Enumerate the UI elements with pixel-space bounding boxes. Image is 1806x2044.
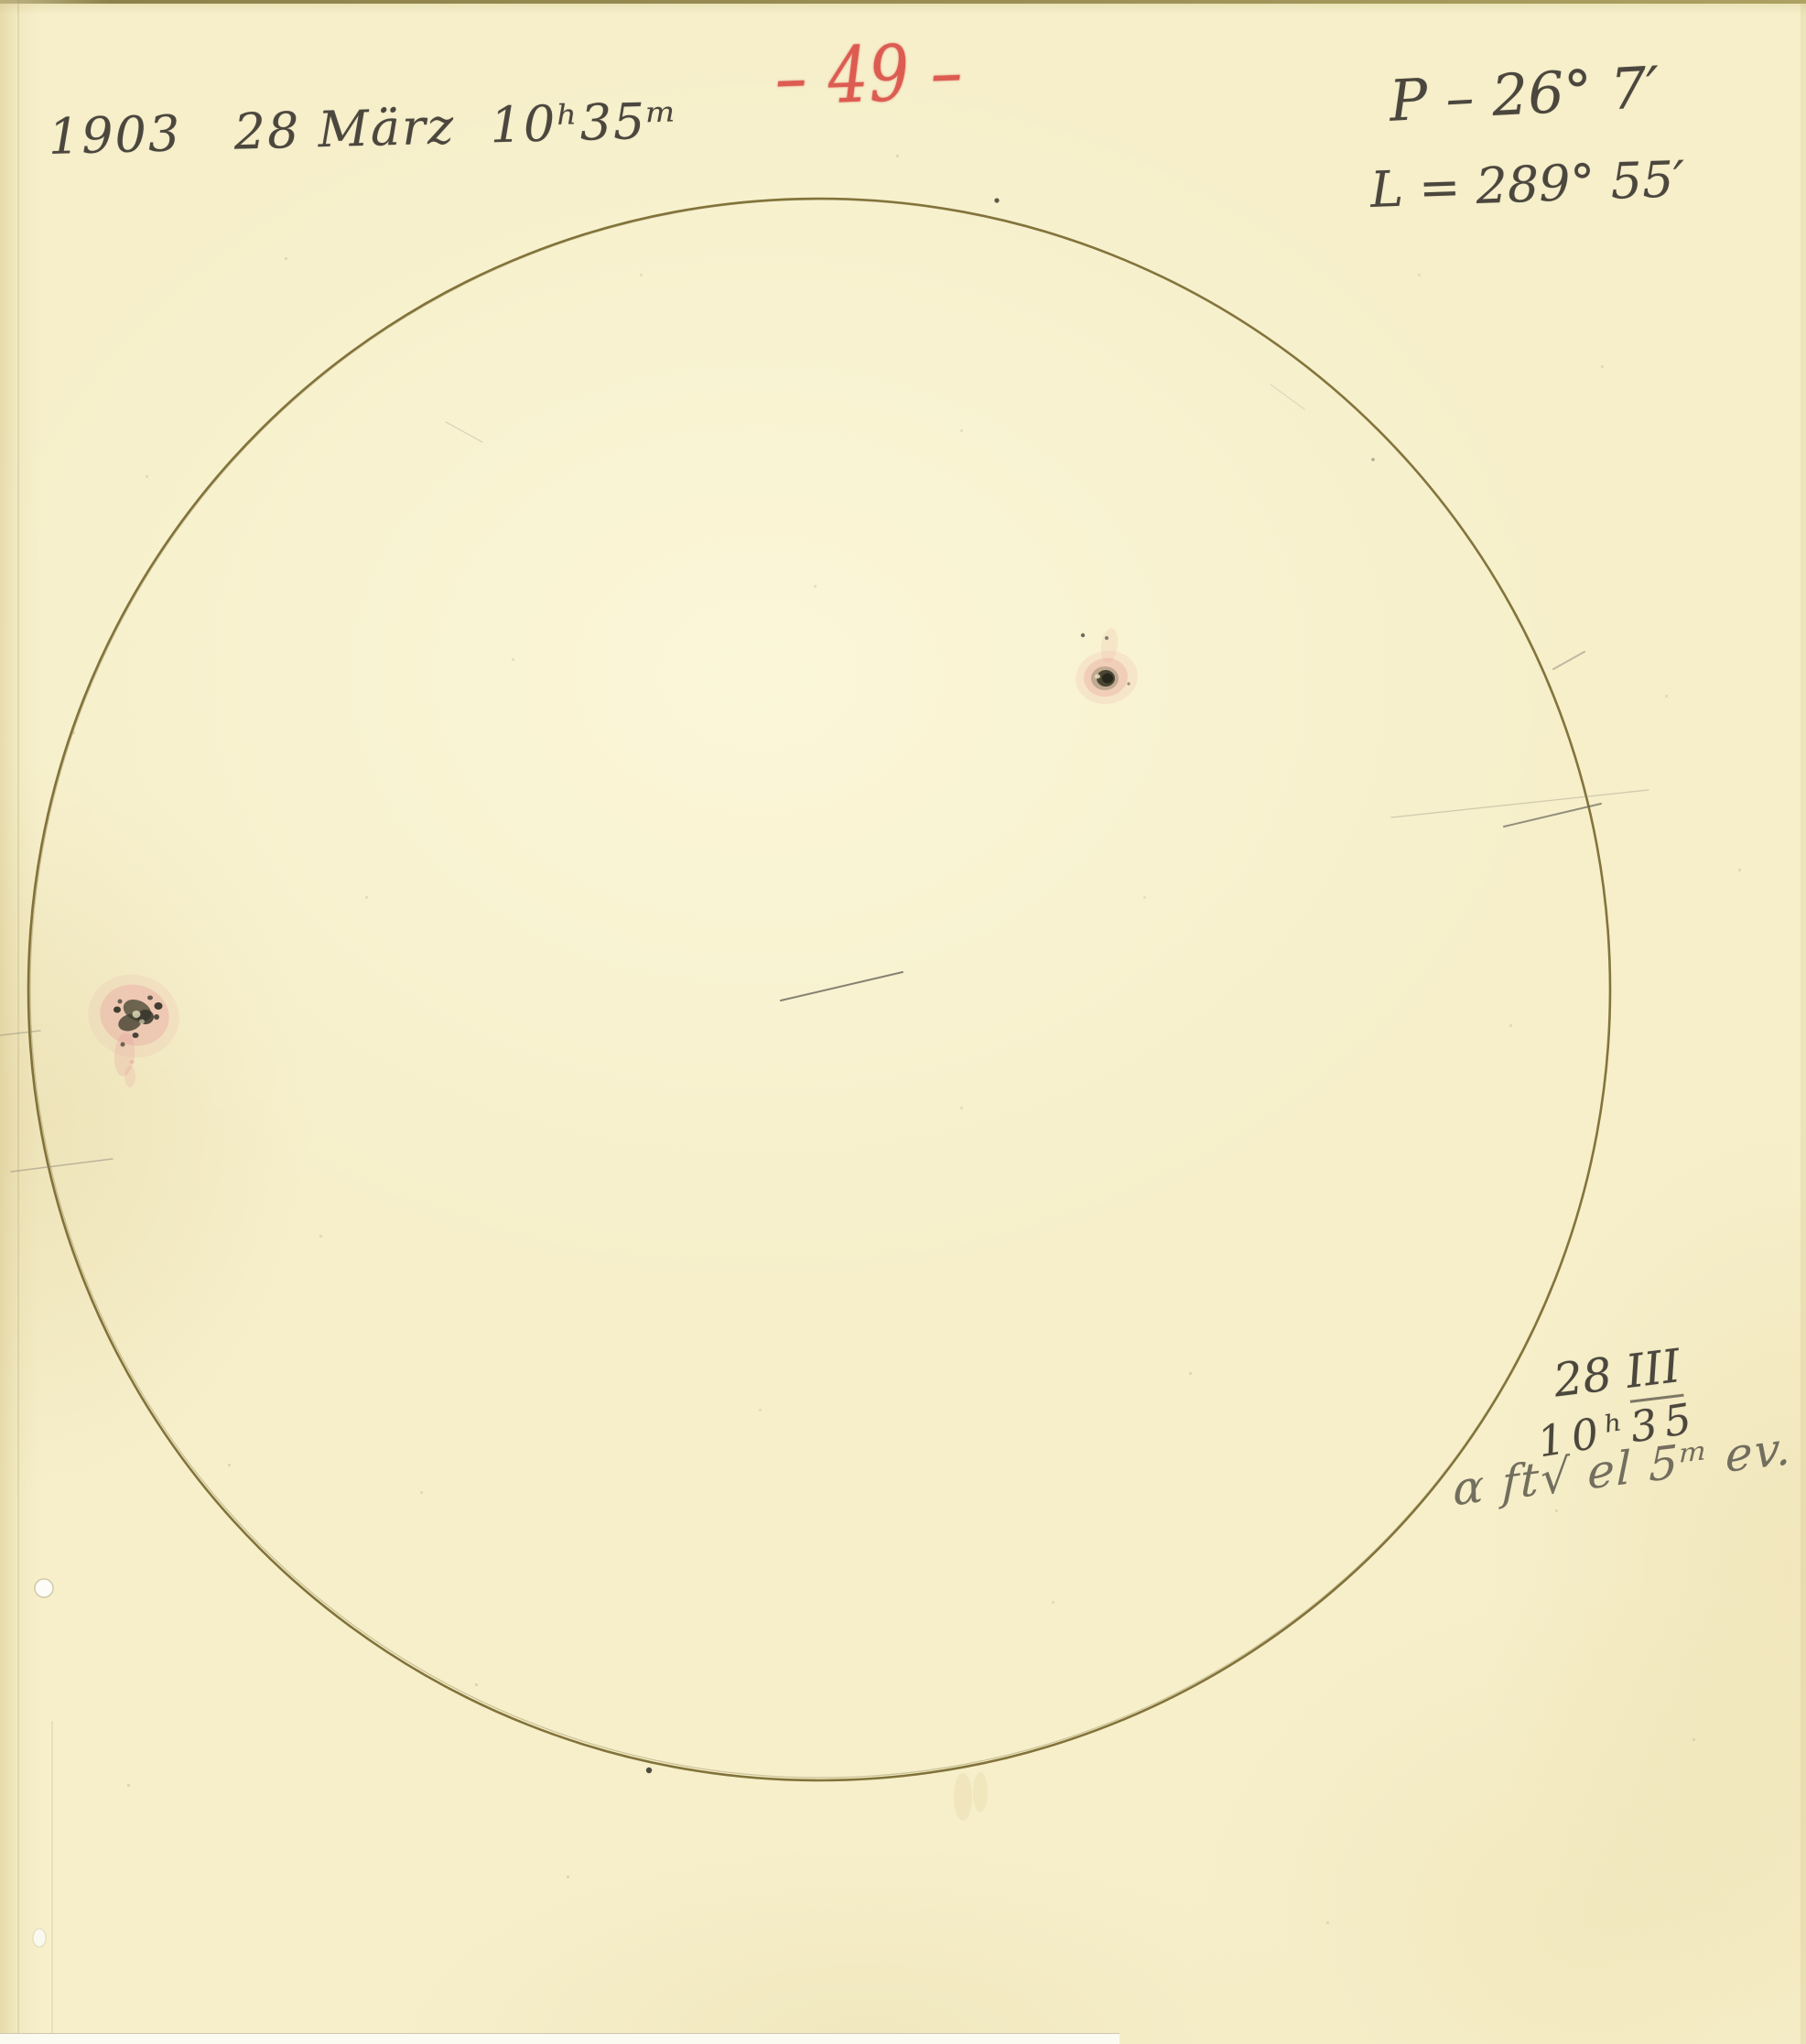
longitude-annotation: L = 289° 55′ [1369,150,1686,219]
solar-disk-drawing [0,0,1806,2044]
scanned-solar-observation-sheet: 1903 28 März 10ʰ35ᵐ – 49 – P – 26° 7′ L … [0,0,1806,2044]
page-number: – 49 – [773,27,965,123]
obs-month-roman: III [1623,1339,1684,1403]
obs-day: 28 [1551,1347,1615,1407]
scan-edge-bottom [0,2033,1119,2044]
position-angle-annotation: P – 26° 7′ [1388,54,1661,135]
